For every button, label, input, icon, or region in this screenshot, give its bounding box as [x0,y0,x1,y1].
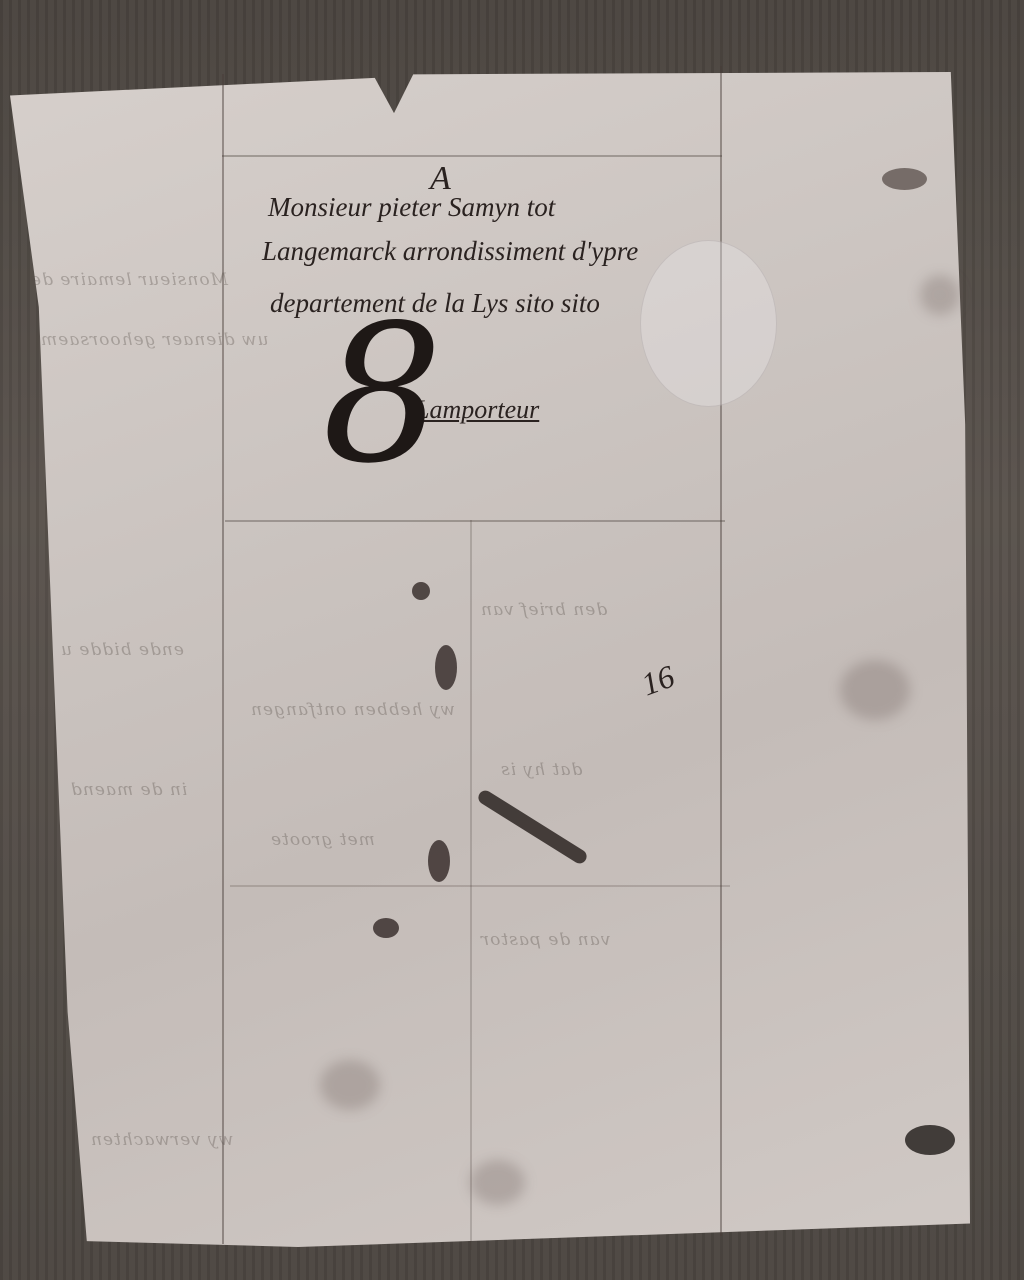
fold-line [222,155,722,157]
ink-blot [428,840,450,882]
address-line-2: Langemarck arrondissiment d'ypre [262,236,638,267]
fold-line [225,520,725,522]
bleed-through-text: met groote [270,830,375,850]
bleed-through-text: ende bidde u [60,640,184,660]
water-stain [470,1160,525,1205]
ink-blot [435,645,457,690]
fold-line [222,74,224,1244]
bleed-through-text: wy hebben ontfangen [250,700,455,720]
bleed-through-text: in de maend [70,780,187,800]
ink-blot [373,918,399,938]
bleed-through-text: van de pastor [480,930,610,950]
bleed-through-text: dat hy is [500,760,582,780]
bleed-through-text: Monsieur lemaire de [30,270,228,290]
ink-blot [905,1125,955,1155]
address-line-1: Monsieur pieter Samyn tot [268,192,555,223]
bleed-through-text: den brief van [480,600,607,620]
water-stain [920,275,960,315]
bleed-through-text: wy verwachten [90,1130,233,1150]
ink-blot [882,168,927,190]
ink-blot [412,582,430,600]
fold-line [230,885,730,887]
bleed-through-text: uw dienaer gehoorsaem [40,330,269,350]
letter-photograph: Monsieur lemaire de uw dienaer gehoorsae… [0,0,1024,1280]
water-stain [320,1060,380,1110]
wax-seal-trace [640,240,777,407]
water-stain [840,660,910,720]
postal-numeral-mark: 8 [322,300,443,490]
